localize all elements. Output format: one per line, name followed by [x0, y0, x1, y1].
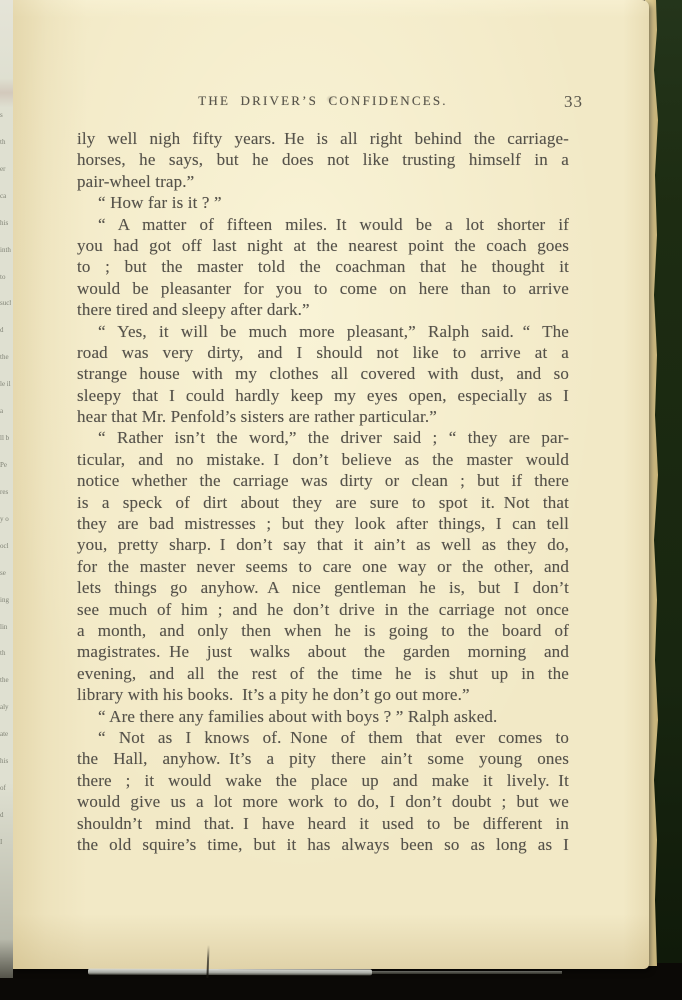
text-line: see much of him ; and he don’t drive in …	[77, 599, 569, 620]
text-line: a month, and only then when he is going …	[77, 620, 569, 641]
text-line: lets things go anyhow. A nice gentleman …	[77, 577, 569, 598]
text-line: is a speck of dirt about they are sure t…	[77, 492, 569, 513]
text-line: strange house with my clothes all covere…	[77, 363, 569, 384]
text-line: “ Are there any families about with boys…	[77, 706, 569, 727]
text-line: ily well nigh fifty years. He is all rig…	[77, 128, 569, 149]
paragraph: “ A matter of fifteen miles. It would be…	[77, 214, 569, 321]
text-line: would give us a lot more work to do, I d…	[77, 791, 569, 812]
paragraph: “ Are there any families about with boys…	[77, 706, 569, 727]
running-title: THE DRIVER’S CONFIDENCES.	[198, 93, 448, 109]
text-line: ticular, and no mistake. I don’t believe…	[77, 449, 569, 470]
text-line: you, pretty sharp. I don’t say that it a…	[77, 534, 569, 555]
text-line: road was very dirty, and I should not li…	[77, 342, 569, 363]
text-line: library with his books. It’s a pity he d…	[77, 684, 569, 705]
text-line: “ Yes, it will be much more pleasant,” R…	[77, 321, 569, 342]
text-line: for the master never seems to care one w…	[77, 556, 569, 577]
text-line: hear that Mr. Penfold’s sisters are rath…	[77, 406, 569, 427]
text-line: “ Not as I knows of. None of them that e…	[77, 727, 569, 748]
text-line: there ; it would wake the place up and m…	[77, 770, 569, 791]
text-line: “ How far is it ? ”	[77, 192, 569, 213]
text-line: “ A matter of fifteen miles. It would be…	[77, 214, 569, 235]
text-line: evening, and all the rest of the time he…	[77, 663, 569, 684]
facing-page-edge: sthercahisinthtosuchdthele ilall bPeresy…	[0, 0, 13, 978]
book-cover-edge	[654, 0, 682, 963]
text-line: to ; but the master told the coachman th…	[77, 256, 569, 277]
text-line: “ Rather isn’t the word,” the driver sai…	[77, 427, 569, 448]
text-line: notice whether the carriage was dirty or…	[77, 470, 569, 491]
page-number: 33	[564, 92, 583, 112]
text-line: the old squire’s time, but it has always…	[77, 834, 569, 855]
paragraph: ily well nigh fifty years. He is all rig…	[77, 128, 569, 192]
facing-page-edge-fragments: sthercahisinthtosuchdthele ilall bPeresy…	[0, 112, 11, 846]
page-body-text: ily well nigh fifty years. He is all rig…	[77, 128, 569, 855]
text-line: you had got off last night at the neares…	[77, 235, 569, 256]
paragraph: “ Not as I knows of. None of them that e…	[77, 727, 569, 855]
text-line: there tired and sleepy after dark.”	[77, 299, 569, 320]
text-line: would be pleasanter for you to come on h…	[77, 278, 569, 299]
page-header: THE DRIVER’S CONFIDENCES. 33	[77, 93, 569, 109]
page-bottom-edge	[88, 969, 372, 976]
book-page: THE DRIVER’S CONFIDENCES. 33 ily well ni…	[12, 0, 649, 969]
paragraph: “ How far is it ? ”	[77, 192, 569, 213]
text-line: sleepy that I could hardly keep my eyes …	[77, 385, 569, 406]
text-line: magistrates. He just walks about the gar…	[77, 641, 569, 662]
text-line: pair-wheel trap.”	[77, 171, 569, 192]
text-line: the Hall, anyhow. It’s a pity there ain’…	[77, 748, 569, 769]
page-bottom-edge-shadow	[372, 971, 562, 974]
text-line: horses, he says, but he does not like tr…	[77, 149, 569, 170]
scanned-book-photo: THE DRIVER’S CONFIDENCES. 33 ily well ni…	[0, 0, 682, 1000]
text-line: shouldn’t mind that. I have heard it use…	[77, 813, 569, 834]
text-line: they are bad mistresses ; but they look …	[77, 513, 569, 534]
paragraph: “ Yes, it will be much more pleasant,” R…	[77, 321, 569, 428]
paragraph: “ Rather isn’t the word,” the driver sai…	[77, 427, 569, 705]
